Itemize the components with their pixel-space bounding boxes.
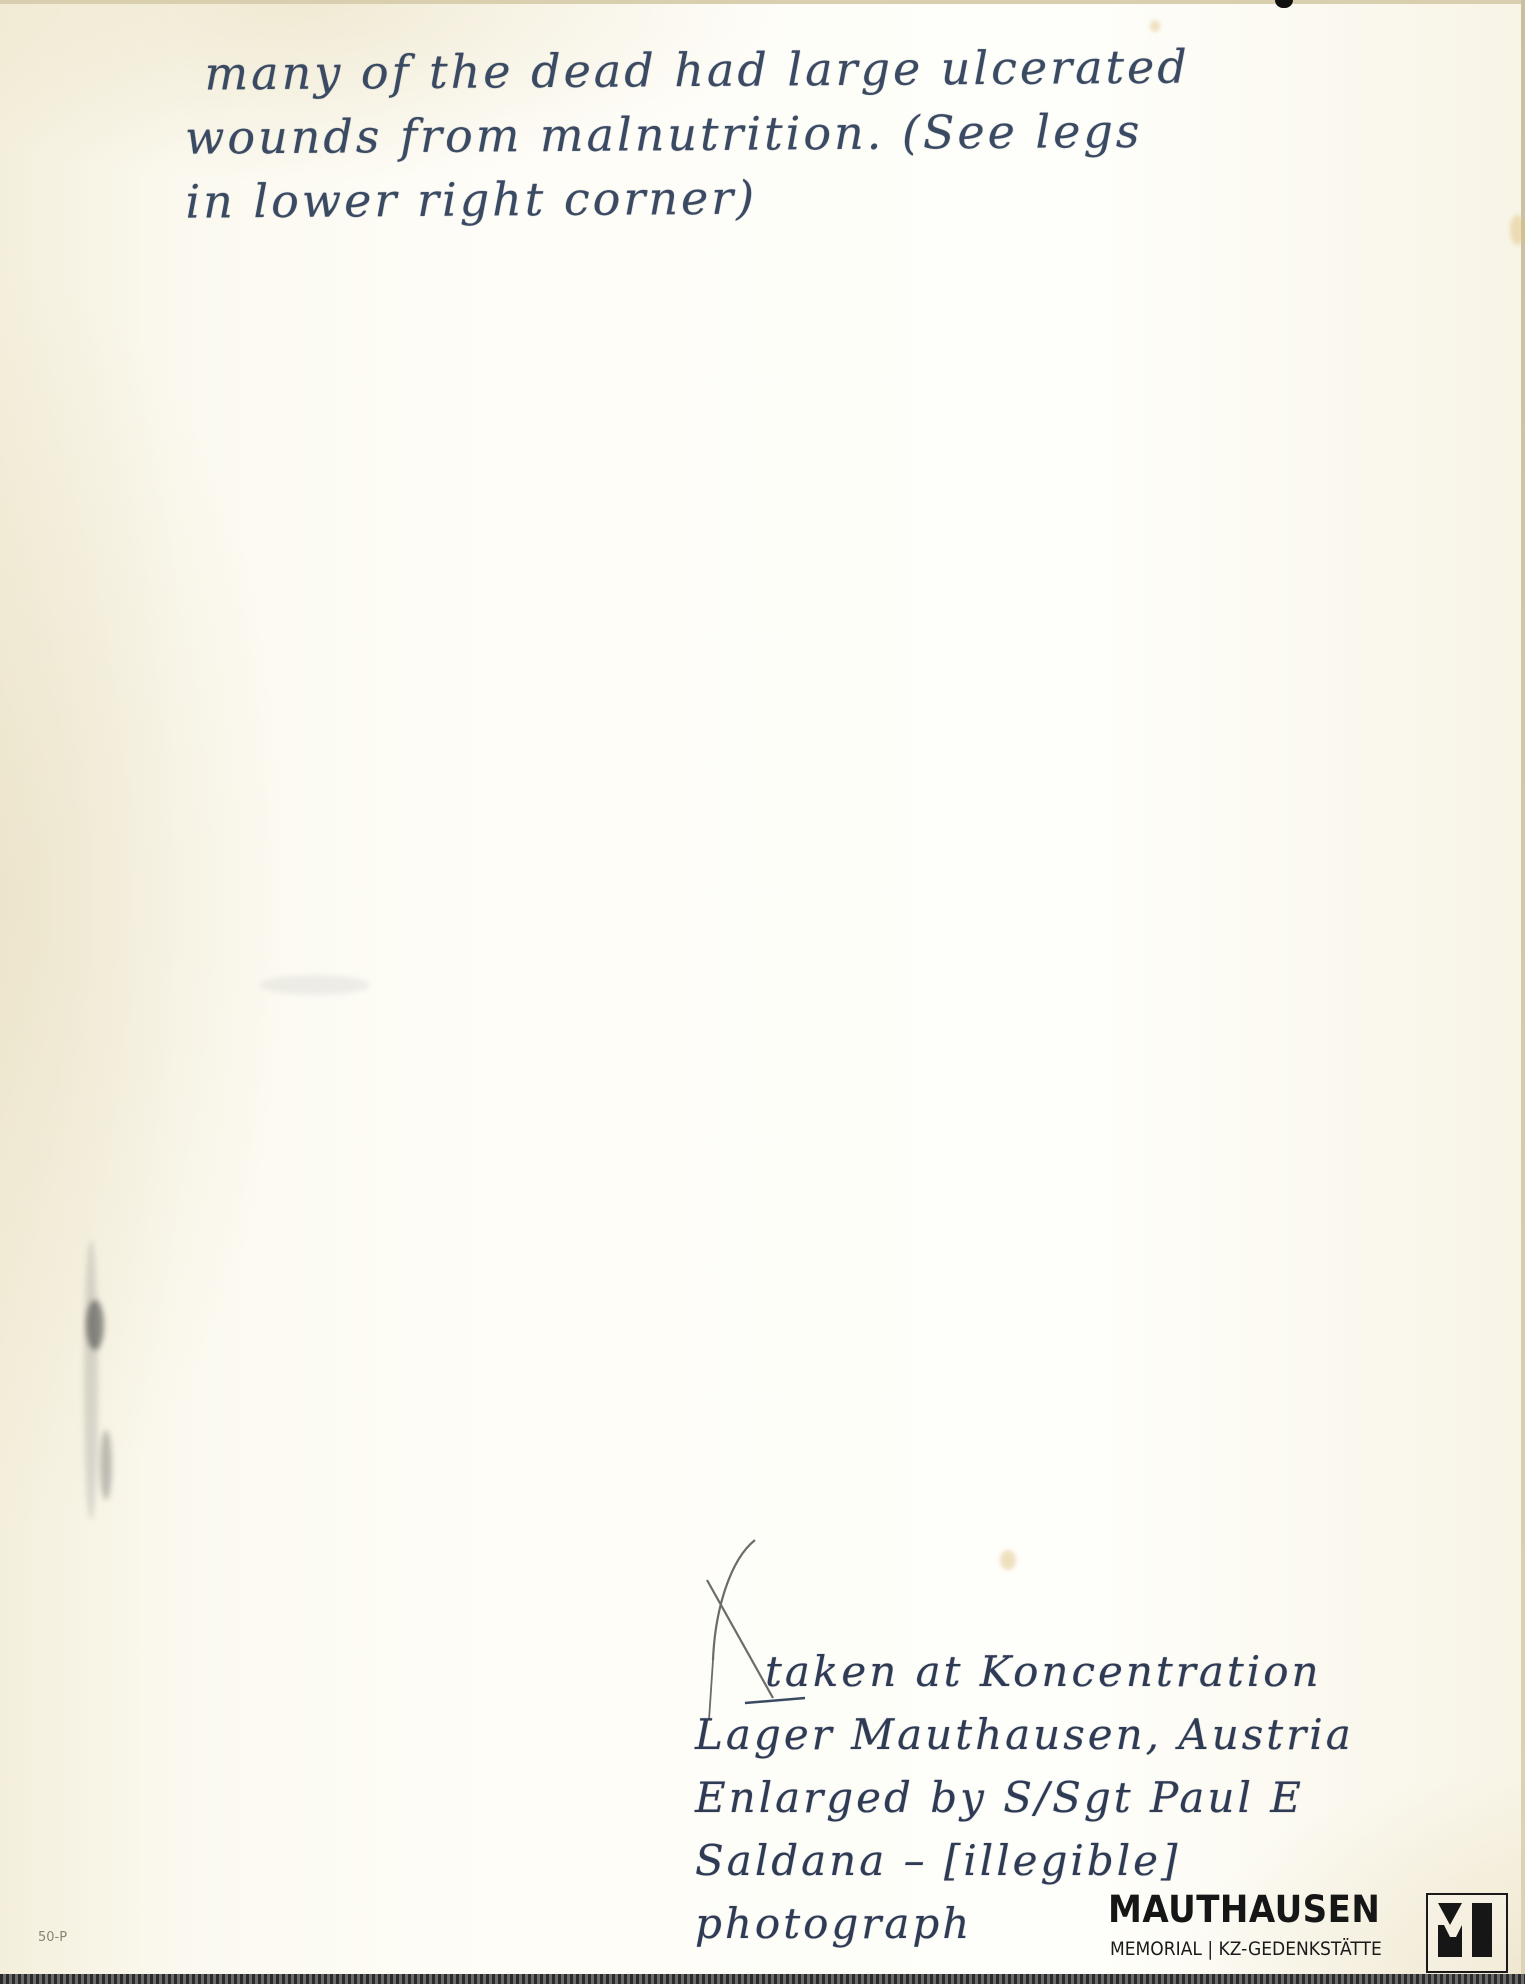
caption-line: many of the dead had large ulcerated — [204, 35, 1190, 106]
credit-line: Enlarged by S/Sgt Paul E — [695, 1766, 1354, 1829]
mauthausen-memorial-watermark: MAUTHAUSEN MEMORIAL | KZ-GEDENKSTÄTTE — [1108, 1888, 1518, 1974]
top-edge — [0, 0, 1525, 4]
stain — [1510, 215, 1525, 245]
smudge — [86, 1300, 104, 1350]
watermark-title: MAUTHAUSEN — [1108, 1888, 1380, 1931]
smudge — [260, 975, 370, 995]
caption-line: in lower right corner) — [185, 163, 1191, 234]
right-edge — [1521, 0, 1525, 1984]
smudge — [100, 1430, 112, 1500]
credit-line: Lager Mauthausen, Austria — [695, 1703, 1354, 1766]
credit-line: Saldana – [illegible] — [695, 1829, 1354, 1892]
watermark-subtitle: MEMORIAL | KZ-GEDENKSTÄTTE — [1110, 1938, 1382, 1960]
handwritten-caption: many of the dead had large ulcerated wou… — [204, 35, 1190, 234]
stain — [1000, 1550, 1016, 1570]
smudge — [84, 1240, 98, 1520]
archive-code: 50-P — [38, 1930, 67, 1945]
credit-line: taken at Koncentration — [765, 1640, 1354, 1703]
stain — [1150, 20, 1160, 32]
bottom-scan-edge — [0, 1974, 1525, 1984]
caption-line: wounds from malnutrition. (See legs — [185, 99, 1191, 170]
m-logo-icon — [1426, 1893, 1508, 1973]
